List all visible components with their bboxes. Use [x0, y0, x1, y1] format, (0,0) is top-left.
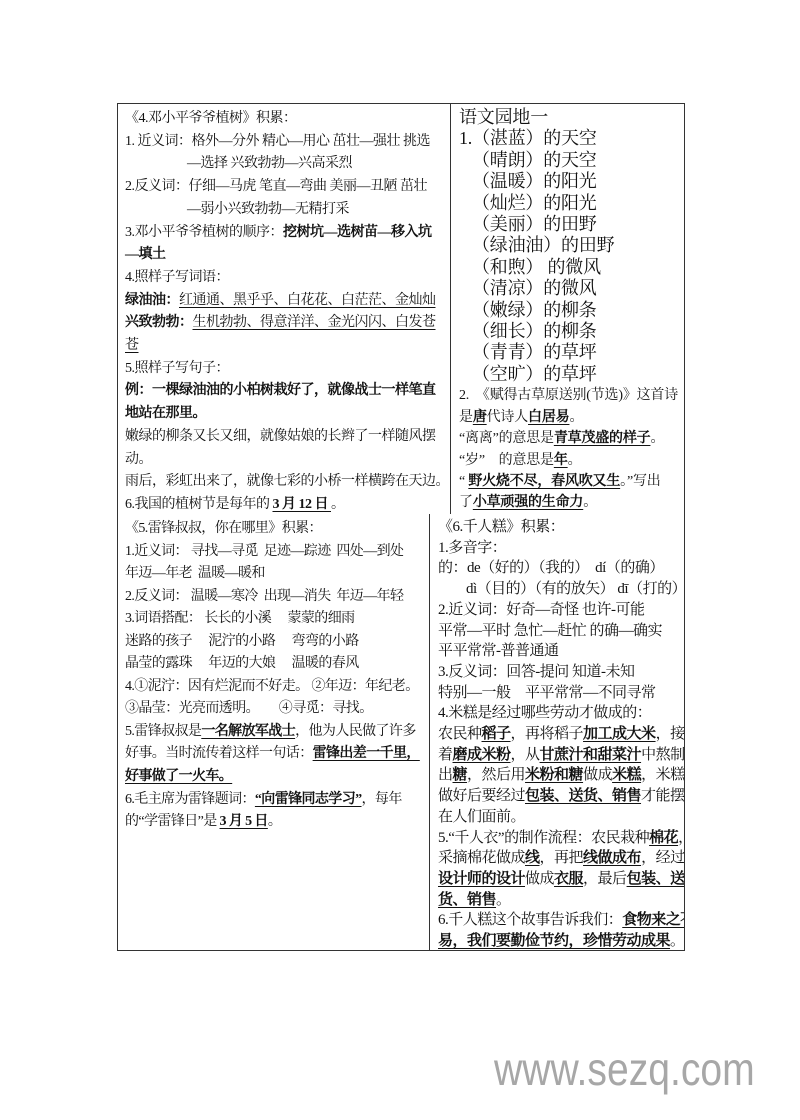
text-line: 苍 — [125, 335, 448, 358]
text-run: 着 — [438, 747, 453, 763]
text-run: 特别—一般 平平常常—不同寻常 — [438, 685, 656, 701]
text-run: 。 — [496, 892, 511, 908]
text-run: 年 — [554, 453, 568, 468]
text-run: 语文园地一 — [459, 107, 548, 127]
text-run: 做成 — [525, 871, 554, 887]
text-line: 动。 — [125, 449, 448, 472]
text-line: 6.毛主席为雷锋题词：“向雷锋同志学习”，每年 — [125, 789, 427, 812]
text-run: 白居易 — [528, 410, 569, 425]
text-run: 好事。当时流传着这样一句话： — [125, 746, 313, 761]
text-run: 雷锋出差一千里， — [313, 746, 420, 761]
text-line: 5.雷锋叔叔是一名解放军战士，他为人民做了许多 — [125, 721, 427, 744]
text-run: 青草茂盛的样子 — [554, 431, 651, 446]
text-run: 是 — [459, 410, 473, 425]
text-run: 1.近义词： 寻找—寻觅 足迹—踪迹 四处—到处 — [125, 544, 403, 559]
text-line: 平平常常-普普通通 — [438, 641, 682, 662]
text-run: “离离”的意思是 — [459, 431, 554, 446]
text-run: 晶莹的露珠 年迈的大娘 温暖的春风 — [125, 656, 359, 671]
text-run: （细长）的柳条 — [472, 321, 597, 341]
text-run: —弱小兴致勃勃—无精打采 — [187, 202, 349, 217]
text-line: “ 野火烧不尽，春风吹又生。”写出 — [459, 471, 682, 492]
text-run: 农民种 — [438, 726, 482, 742]
text-run: 绿油油： — [125, 293, 179, 308]
text-run: ， — [678, 830, 684, 846]
text-run: （清凉）的微风 — [472, 278, 597, 298]
text-run: 3 月 5 日 — [220, 814, 268, 829]
text-run: （空旷）的草坪 — [472, 364, 597, 384]
text-run: 3.邓小平爷爷植树的顺序： — [125, 225, 283, 240]
text-line: 4.米糕是经过哪些劳动才做成的： — [438, 703, 682, 724]
text-line: 设计师的设计做成衣服，最后包装、送 — [438, 869, 682, 890]
text-line: dì（目的）（有的放矢） dī（打的） — [438, 579, 682, 600]
text-line: 例：一棵绿油油的小柏树栽好了，就像战士一样笔直 — [125, 380, 448, 403]
text-line: —弱小兴致勃勃—无精打采 — [125, 199, 448, 222]
text-run: 包装、送货、销售 — [525, 788, 641, 804]
text-run: 糖 — [453, 767, 468, 783]
text-run: 2. 《赋得古草原送别(节选)》这首诗 — [459, 388, 678, 403]
text-line: 5.照样子写句子： — [125, 358, 448, 381]
text-run: 生机勃勃、得意洋洋、金光闪闪、白发苍 — [193, 315, 436, 330]
text-run: 6.毛主席为雷锋题词： — [125, 792, 255, 807]
text-run: ，经过 — [641, 850, 684, 866]
text-line: 2.反义词：仔细—马虎 笔直—弯曲 美丽—丑陋 茁壮 — [125, 176, 448, 199]
text-run: “ — [459, 474, 468, 489]
text-line: 3.词语搭配： 长长的小溪 蒙蒙的细雨 — [125, 608, 427, 631]
text-run: 1.多音字： — [438, 540, 506, 556]
text-run: 2.反义词： 温暖—寒冷 出现—消失 年迈—年轻 — [125, 589, 403, 604]
text-run: 4.米糕是经过哪些劳动才做成的： — [438, 705, 651, 721]
text-line: 的“学雷锋日”是 3 月 5 日。 — [125, 811, 427, 834]
notes-table-bottom: 《5.雷锋叔叔，你在哪里》积累：1.近义词： 寻找—寻觅 足迹—踪迹 四处—到处… — [117, 514, 685, 951]
text-run: 3.反义词：回答-提问 知道-未知 — [438, 664, 635, 680]
text-line: 2. 《赋得古草原送别(节选)》这首诗 — [459, 385, 682, 406]
text-run: 地站在那里。 — [125, 406, 206, 421]
text-run: 在人们面前。 — [438, 809, 525, 825]
text-line: 年迈—年老 温暖—暖和 — [125, 563, 427, 586]
text-run: 迷路的孩子 泥泞的小路 弯弯的小路 — [125, 634, 359, 649]
text-run: 米糕 — [612, 767, 641, 783]
text-run: 的：de（好的）（我的） dí（的确） — [438, 560, 664, 576]
text-line: （和煦） 的微风 — [459, 257, 682, 278]
text-run: 。 — [650, 431, 664, 446]
text-line: 1. 近义词：格外—分外 精心—用心 茁壮—强壮 挑选 — [125, 131, 448, 154]
text-line: 做好后要经过包装、送货、销售才能摆 — [438, 786, 682, 807]
cell-lesson4-accumulation: 《4.邓小平爷爷植树》积累：1. 近义词：格外—分外 精心—用心 茁壮—强壮 挑… — [118, 104, 451, 514]
text-run: 好事做了一火车。 — [125, 769, 232, 784]
text-run: ，最后 — [583, 871, 627, 887]
text-run: ，每年 — [362, 792, 402, 807]
text-run: 稻子 — [482, 726, 511, 742]
text-run: （绿油油）的田野 — [472, 235, 614, 255]
text-run: 线做成布 — [583, 850, 641, 866]
page: 《4.邓小平爷爷植树》积累：1. 近义词：格外—分外 精心—用心 茁壮—强壮 挑… — [0, 0, 800, 1120]
text-run: ，从 — [511, 747, 540, 763]
text-line: 嫩绿的柳条又长又细，就像姑娘的长辫了一样随风摆 — [125, 426, 448, 449]
text-run: 一名解放军战士 — [201, 724, 295, 739]
text-run: 才能摆 — [641, 788, 684, 804]
text-line: 好事。当时流传着这样一句话：雷锋出差一千里， — [125, 743, 427, 766]
text-line: 好事做了一火车。 — [125, 766, 427, 789]
text-run: 5.雷锋叔叔是 — [125, 724, 201, 739]
text-run: 设计师的设计 — [438, 871, 525, 887]
text-line: 出糖，然后用米粉和糖做成米糕，米糕 — [438, 765, 682, 786]
text-line: —填土 — [125, 244, 448, 267]
text-run: 。 — [569, 410, 583, 425]
text-run: 年迈—年老 温暖—暖和 — [125, 566, 265, 581]
text-line: （温暖）的阳光 — [459, 171, 682, 192]
text-run: 货、销售 — [438, 892, 496, 908]
text-run: 5.“千人衣”的制作流程：农民栽种 — [438, 830, 649, 846]
text-run: 。 — [670, 933, 684, 949]
text-line: 雨后，彩虹出来了，就像七彩的小桥一样横跨在天边。 — [125, 471, 448, 494]
text-line: 4.①泥泞：因有烂泥而不好走。 ②年迈：年纪老。 — [125, 676, 427, 699]
text-line: 3.反义词：回答-提问 知道-未知 — [438, 662, 682, 683]
text-run: 做好后要经过 — [438, 788, 525, 804]
text-run: 唐 — [473, 410, 487, 425]
text-line: 的：de（好的）（我的） dí（的确） — [438, 558, 682, 579]
text-run: （嫩绿）的柳条 — [472, 300, 597, 320]
text-run: 小草顽强的生命力 — [473, 495, 583, 510]
text-line: —选择 兴致勃勃—兴高采烈 — [125, 153, 448, 176]
text-line: （嫩绿）的柳条 — [459, 300, 682, 321]
text-run: 衣服 — [554, 871, 583, 887]
text-run: 中熬制 — [641, 747, 684, 763]
text-line: 6.我国的植树节是每年的 3 月 12 日 。 — [125, 494, 448, 514]
text-run: （和煦） 的微风 — [472, 257, 601, 277]
text-run: （美丽）的田野 — [472, 214, 597, 234]
text-line: （灿烂）的阳光 — [459, 193, 682, 214]
text-line: 1.（湛蓝）的天空 — [459, 128, 682, 149]
text-run: 雨后，彩虹出来了，就像七彩的小桥一样横跨在天边。 — [125, 474, 449, 489]
text-line: 2.反义词： 温暖—寒冷 出现—消失 年迈—年轻 — [125, 586, 427, 609]
text-line: 1.多音字： — [438, 538, 682, 559]
text-line: 语文园地一 — [459, 107, 682, 128]
text-line: （清凉）的微风 — [459, 278, 682, 299]
notes-table-top: 《4.邓小平爷爷植树》积累：1. 近义词：格外—分外 精心—用心 茁壮—强壮 挑… — [117, 103, 685, 515]
text-run: 2.反义词：仔细—马虎 笔直—弯曲 美丽—丑陋 茁壮 — [125, 179, 427, 194]
text-run: 3 月 12 日 — [273, 497, 332, 512]
text-line: 农民种稻子，再将稻子加工成大米，接 — [438, 724, 682, 745]
text-line: 着磨成米粉，从甘蔗汁和甜菜汁中熬制 — [438, 745, 682, 766]
text-line: 绿油油：红通通、黑乎乎、白花花、白茫茫、金灿灿 — [125, 290, 448, 313]
text-run: ，他为人民做了许多 — [295, 724, 416, 739]
text-run: 了 — [459, 495, 473, 510]
text-run: 野火烧不尽，春风吹又生 — [468, 474, 620, 489]
text-line: （青青）的草坪 — [459, 342, 682, 363]
text-run: 。”写出 — [620, 474, 660, 489]
text-run: ，米糕 — [641, 767, 684, 783]
text-run: 棉花 — [649, 830, 678, 846]
cell-lesson5-accumulation: 《5.雷锋叔叔，你在哪里》积累：1.近义词： 寻找—寻觅 足迹—踪迹 四处—到处… — [118, 514, 430, 950]
text-run: 。 — [268, 814, 281, 829]
text-run: ③晶莹：光亮而透明。 ④寻觅：寻找。 — [125, 701, 373, 716]
text-line: （美丽）的田野 — [459, 214, 682, 235]
watermark: www.sezq.com — [494, 1042, 755, 1096]
text-run: “岁” 的意思是 — [459, 453, 554, 468]
text-run: 米粉和糖 — [525, 767, 583, 783]
text-run: （温暖）的阳光 — [472, 171, 597, 191]
text-run: 。 — [583, 495, 597, 510]
text-line: （绿油油）的田野 — [459, 235, 682, 256]
text-run: 2.近义词：好奇—奇怪 也许-可能 — [438, 602, 645, 618]
cell-yuwen-yuandi-1: 语文园地一1.（湛蓝）的天空（晴朗）的天空（温暖）的阳光（灿烂）的阳光（美丽）的… — [451, 104, 684, 514]
text-run: 代诗人 — [487, 410, 528, 425]
text-line: 《6.千人糕》积累： — [438, 517, 682, 538]
text-run: 1.（湛蓝）的天空 — [459, 128, 597, 148]
text-run: 包装、送 — [627, 871, 684, 887]
text-run: 磨成米粉 — [453, 747, 511, 763]
text-line: 地站在那里。 — [125, 403, 448, 426]
text-line: （晴朗）的天空 — [459, 150, 682, 171]
text-run: 挖树坑—选树苗—移入坑 — [283, 225, 432, 240]
text-line: 3.邓小平爷爷植树的顺序：挖树坑—选树苗—移入坑 — [125, 222, 448, 245]
text-run: 做成 — [583, 767, 612, 783]
text-run: 加工成大米 — [583, 726, 656, 742]
text-run: 平常—平时 急忙—赶忙 的确—确实 — [438, 623, 662, 639]
text-line: “离离”的意思是青草茂盛的样子。 — [459, 428, 682, 449]
text-run: 《6.千人糕》积累： — [438, 519, 564, 535]
text-line: 5.“千人衣”的制作流程：农民栽种棉花， — [438, 828, 682, 849]
text-line: 特别—一般 平平常常—不同寻常 — [438, 683, 682, 704]
text-line: 平常—平时 急忙—赶忙 的确—确实 — [438, 621, 682, 642]
text-run: ，再把 — [540, 850, 584, 866]
text-run: 兴致勃勃： — [125, 315, 193, 330]
text-run: 例：一棵绿油油的小柏树栽好了，就像战士一样笔直 — [125, 383, 436, 398]
text-line: 6.千人糕这个故事告诉我们：食物来之不 — [438, 910, 682, 931]
text-run: （青青）的草坪 — [472, 342, 597, 362]
text-run: “向雷锋同志学习” — [255, 792, 362, 807]
text-run: 嫩绿的柳条又长又细，就像姑娘的长辫了一样随风摆 — [125, 429, 436, 444]
text-line: （空旷）的草坪 — [459, 364, 682, 385]
text-line: 《5.雷锋叔叔，你在哪里》积累： — [125, 518, 427, 541]
text-line: 易，我们要勤俭节约，珍惜劳动成果。 — [438, 931, 682, 950]
text-run: 4.①泥泞：因有烂泥而不好走。 ②年迈：年纪老。 — [125, 679, 419, 694]
text-line: 晶莹的露珠 年迈的大娘 温暖的春风 — [125, 653, 427, 676]
text-line: 迷路的孩子 泥泞的小路 弯弯的小路 — [125, 631, 427, 654]
text-run: 《5.雷锋叔叔，你在哪里》积累： — [125, 521, 322, 536]
text-run: 1. 近义词：格外—分外 精心—用心 茁壮—强壮 挑选 — [125, 134, 430, 149]
text-run: ，然后用 — [467, 767, 525, 783]
text-line: 兴致勃勃：生机勃勃、得意洋洋、金光闪闪、白发苍 — [125, 312, 448, 335]
text-run: 《4.邓小平爷爷植树》积累： — [125, 111, 297, 126]
text-run: 平平常常-普普通通 — [438, 643, 559, 659]
text-line: 采摘棉花做成线，再把线做成布，经过 — [438, 848, 682, 869]
text-run: 的“学雷锋日”是 — [125, 814, 220, 829]
text-run: 易，我们要勤俭节约，珍惜劳动成果 — [438, 933, 670, 949]
text-run: 6.千人糕这个故事告诉我们： — [438, 912, 622, 928]
text-line: 在人们面前。 — [438, 807, 682, 828]
text-run: 4.照样子写词语： — [125, 270, 229, 285]
text-run: （灿烂）的阳光 — [472, 193, 597, 213]
text-run: 红通通、黑乎乎、白花花、白茫茫、金灿灿 — [179, 293, 436, 308]
text-run: ，接 — [656, 726, 684, 742]
text-line: 是唐代诗人白居易。 — [459, 407, 682, 428]
text-run: 。 — [331, 497, 345, 512]
text-run: —填土 — [125, 247, 166, 262]
text-run: 出 — [438, 767, 453, 783]
cell-lesson6-accumulation: 《6.千人糕》积累：1.多音字：的：de（好的）（我的） dí（的确）dì（目的… — [430, 514, 684, 950]
text-run: —选择 兴致勃勃—兴高采烈 — [187, 156, 352, 171]
text-line: “岁” 的意思是年。 — [459, 450, 682, 471]
text-line: 了小草顽强的生命力。 — [459, 492, 682, 513]
text-line: 货、销售。 — [438, 890, 682, 911]
text-run: 6.我国的植树节是每年的 — [125, 497, 273, 512]
text-run: 采摘棉花做成 — [438, 850, 525, 866]
text-run: 动。 — [125, 452, 152, 467]
text-run: 甘蔗汁和甜菜汁 — [540, 747, 642, 763]
text-line: 2.近义词：好奇—奇怪 也许-可能 — [438, 600, 682, 621]
text-run: 3.词语搭配： 长长的小溪 蒙蒙的细雨 — [125, 611, 355, 626]
text-run: 。 — [568, 453, 582, 468]
text-line: （细长）的柳条 — [459, 321, 682, 342]
text-run: 食物来之不 — [622, 912, 684, 928]
text-line: 1.近义词： 寻找—寻觅 足迹—踪迹 四处—到处 — [125, 541, 427, 564]
text-run: 苍 — [125, 338, 139, 353]
text-run: dì（目的）（有的放矢） dī（打的） — [466, 581, 684, 597]
text-run: ，再将稻子 — [511, 726, 584, 742]
text-run: 5.照样子写句子： — [125, 361, 229, 376]
text-line: 《4.邓小平爷爷植树》积累： — [125, 108, 448, 131]
text-line: ③晶莹：光亮而透明。 ④寻觅：寻找。 — [125, 698, 427, 721]
text-line: 4.照样子写词语： — [125, 267, 448, 290]
text-run: （晴朗）的天空 — [472, 150, 597, 170]
text-run: 线 — [525, 850, 540, 866]
